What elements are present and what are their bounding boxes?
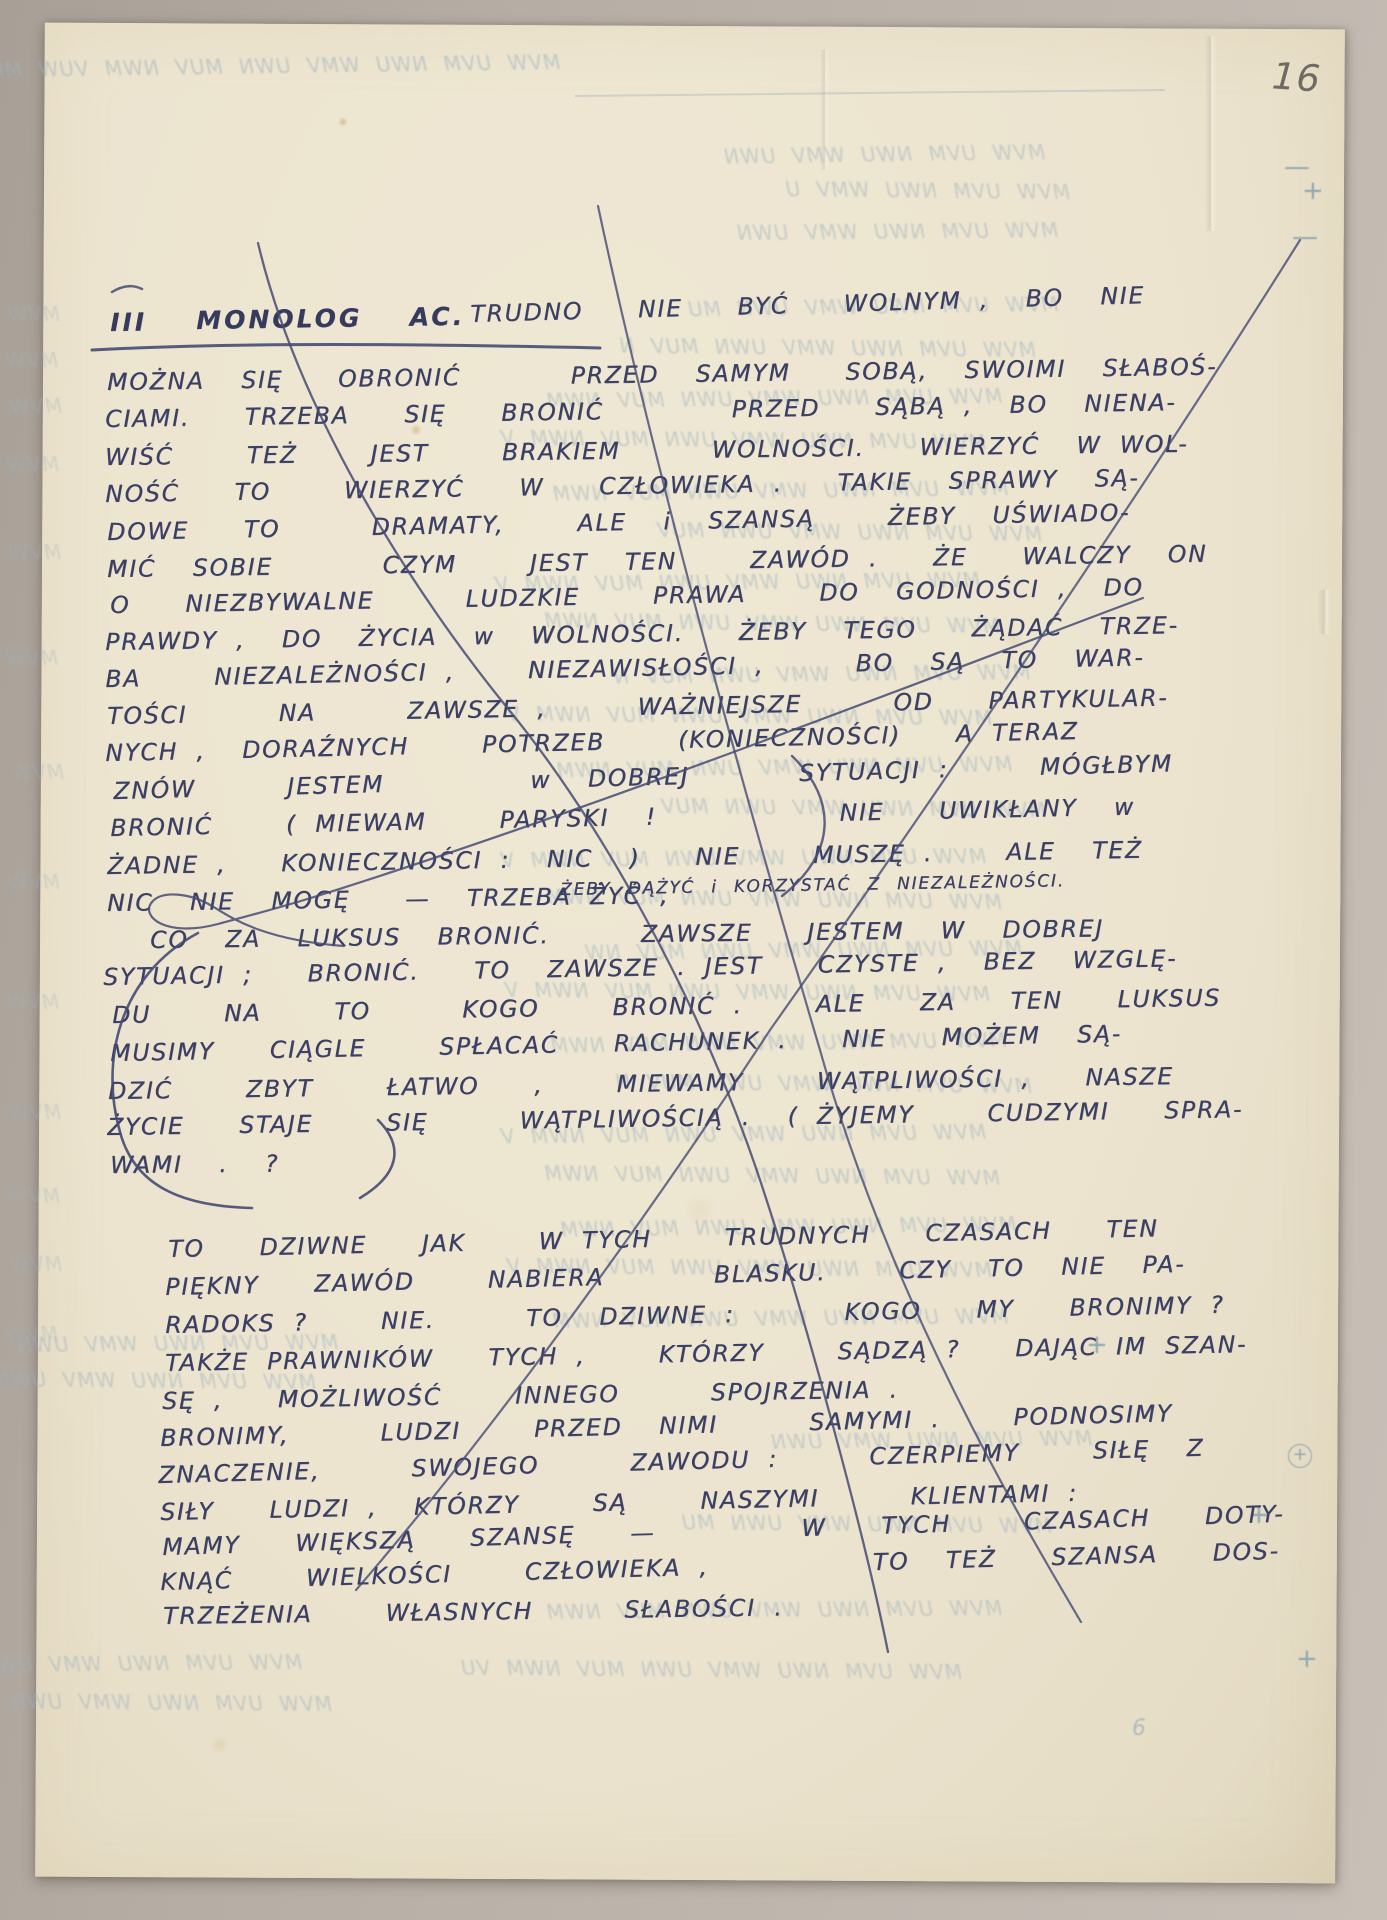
ink-stroke bbox=[360, 1120, 394, 1198]
crossout-strokes-layer bbox=[0, 0, 1387, 1920]
ink-stroke bbox=[782, 756, 825, 896]
ink-stroke bbox=[258, 243, 888, 1652]
ink-stroke bbox=[112, 933, 252, 1208]
scanned-page-stage: MVW UVM NWU WMV UWN MUV NWM VUW MNU WVMM… bbox=[0, 0, 1387, 1920]
ink-stroke bbox=[112, 286, 142, 292]
ink-stroke bbox=[356, 240, 1300, 1590]
ink-stroke bbox=[92, 345, 600, 351]
ghost-underline bbox=[575, 90, 1165, 96]
ink-stroke bbox=[149, 598, 1143, 946]
ink-stroke bbox=[598, 206, 1081, 1622]
